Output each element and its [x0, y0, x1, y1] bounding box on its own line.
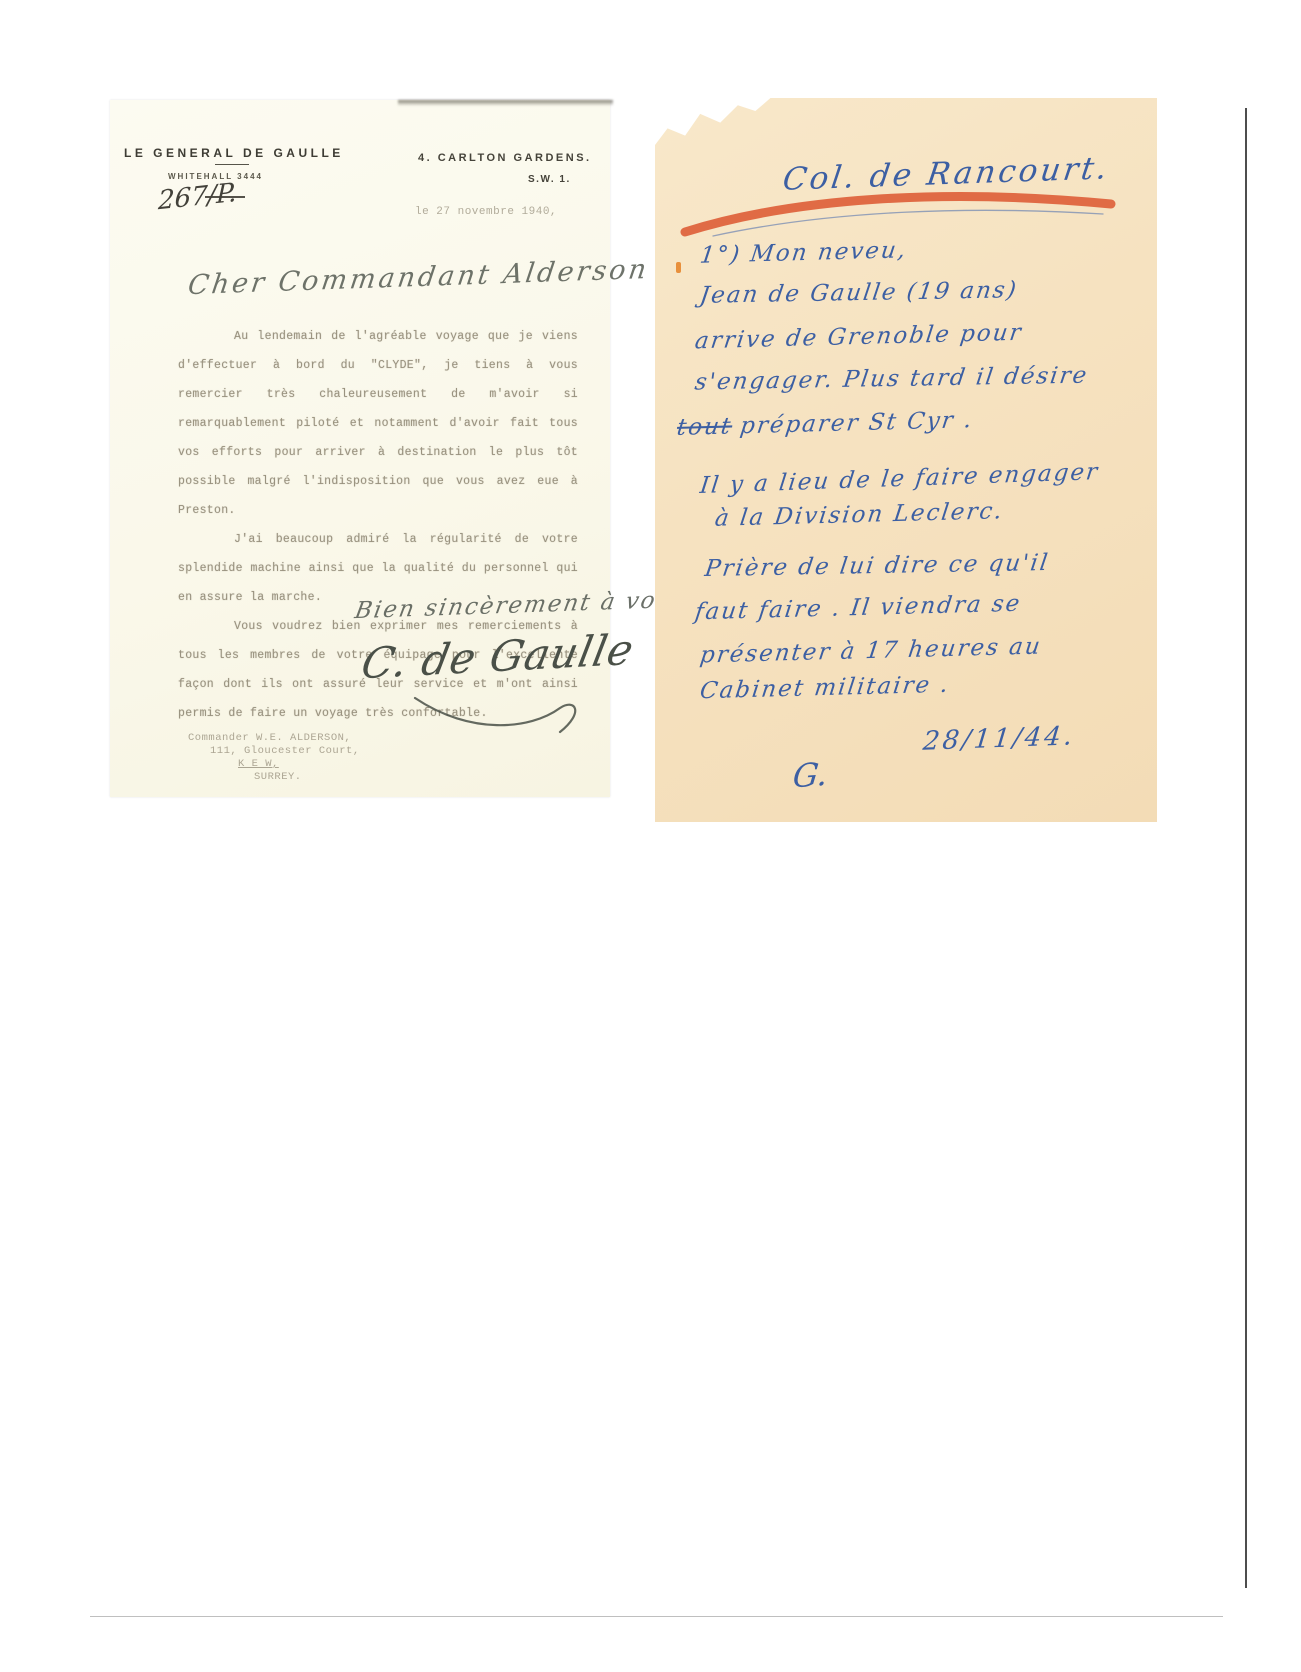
note-line: Jean de Gaulle (19 ans) [698, 277, 1019, 309]
typed-letter-scan: LE GENERAL DE GAULLE WHITEHALL 3444 267/… [110, 100, 610, 797]
note-line: à la Division Leclerc. [713, 498, 1005, 532]
scan-edge-smudge [398, 100, 613, 106]
note-line: présenter à 17 heures au [698, 633, 1043, 668]
note-line: Il y a lieu de le faire engager [699, 459, 1101, 499]
note-line: faut faire . Il viendra se [693, 591, 1023, 626]
note-line-text: préparer St Cyr . [738, 407, 975, 439]
struck-word: tout [675, 413, 734, 441]
note-initials: G. [791, 755, 830, 796]
vertical-rule [1245, 108, 1247, 1588]
recipient-address-block: Commander W.E. ALDERSON, 111, Gloucester… [188, 732, 360, 784]
recipient-line: K E W, [238, 758, 360, 771]
letterhead-address-line1: 4. CARLTON GARDENS. [418, 152, 592, 164]
recipient-line: Commander W.E. ALDERSON, [188, 732, 360, 745]
note-line: Prière de lui dire ce qu'il [703, 550, 1051, 582]
horizontal-rule [90, 1616, 1223, 1617]
letterhead-name: LE GENERAL DE GAULLE [124, 146, 344, 160]
letter-paragraph: Au lendemain de l'agréable voyage que je… [178, 322, 578, 525]
letterhead-address-line2: S.W. 1. [528, 174, 571, 185]
recipient-line: 111, Gloucester Court, [210, 745, 360, 758]
letterhead-rule [215, 164, 249, 165]
note-line: 1°) Mon neveu, [698, 237, 908, 269]
recipient-line: SURREY. [254, 771, 360, 784]
note-line: arrive de Grenoble pour [693, 320, 1024, 355]
paper-ink-fleck [676, 262, 681, 273]
note-date: 28/11/44. [921, 721, 1076, 756]
handwritten-salutation: Cher Commandant Alderson [186, 254, 651, 301]
page: LE GENERAL DE GAULLE WHITEHALL 3444 267/… [0, 0, 1301, 1672]
note-line: s'engager. Plus tard il désire [693, 363, 1090, 396]
signature-flourish [410, 690, 600, 740]
note-line: toutpréparer St Cyr . [675, 407, 975, 441]
handwritten-note-scan: Col. de Rancourt. 1°) Mon neveu, Jean de… [655, 98, 1157, 822]
letter-date: le 27 novembre 1940, [415, 206, 557, 218]
red-underline [673, 176, 1123, 241]
handwritten-reference: 267/P. [158, 178, 238, 217]
note-line: Cabinet militaire . [698, 672, 951, 705]
